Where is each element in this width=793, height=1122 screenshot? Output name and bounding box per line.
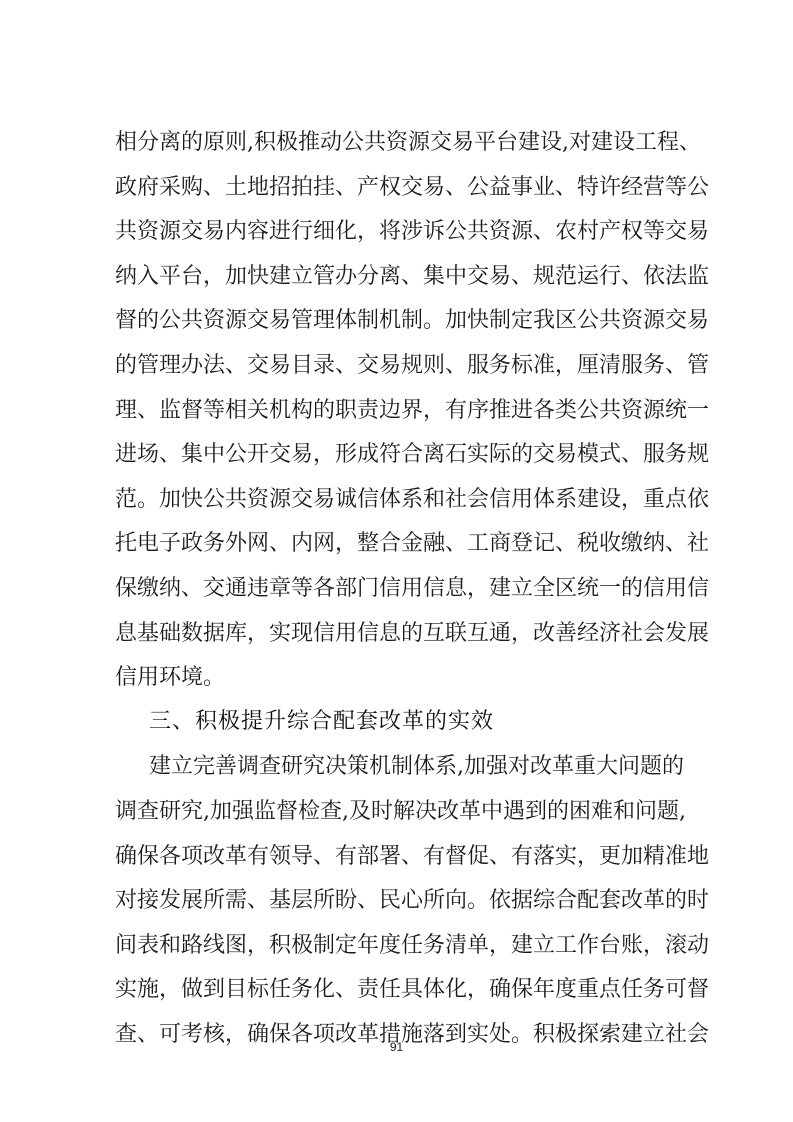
text-line: 的管理办法、交易目录、交易规则、服务标准，厘清服务、管 <box>115 351 681 381</box>
text-line: 建立完善调查研究决策机制体系,加强对改革重大问题的 <box>149 752 681 782</box>
page-number: 91 <box>0 1040 793 1054</box>
section-heading: 三、积极提升综合配套改革的实效 <box>149 706 494 738</box>
text-line: 保缴纳、交通违章等各部门信用信息，建立全区统一的信用信 <box>115 574 681 604</box>
text-line: 进场、集中公开交易，形成符合离石实际的交易模式、服务规 <box>115 440 681 470</box>
text-line: 对接发展所需、基层所盼、民心所向。依据综合配套改革的时 <box>115 886 681 916</box>
text-line: 理、监督等相关机构的职责边界，有序推进各类公共资源统一 <box>115 396 681 426</box>
text-line: 相分离的原则,积极推动公共资源交易平台建设,对建设工程、 <box>115 128 681 158</box>
text-line: 范。加快公共资源交易诚信体系和社会信用体系建设，重点依 <box>115 485 681 515</box>
text-line: 托电子政务外网、内网，整合金融、工商登记、税收缴纳、社 <box>115 529 681 559</box>
text-line: 政府采购、土地招拍挂、产权交易、公益事业、特许经营等公 <box>115 173 681 203</box>
text-line: 共资源交易内容进行细化，将涉诉公共资源、农村产权等交易 <box>115 217 681 247</box>
document-page: 相分离的原则,积极推动公共资源交易平台建设,对建设工程、 政府采购、土地招拍挂、… <box>0 0 793 1122</box>
text-line: 信用环境。 <box>115 663 681 693</box>
text-line: 调查研究,加强监督检查,及时解决改革中遇到的困难和问题, <box>115 797 681 827</box>
text-line: 纳入平台，加快建立管办分离、集中交易、规范运行、依法监 <box>115 262 681 292</box>
text-line: 督的公共资源交易管理体制机制。加快制定我区公共资源交易 <box>115 306 681 336</box>
text-line: 实施，做到目标任务化、责任具体化，确保年度重点任务可督 <box>115 975 681 1005</box>
text-line: 间表和路线图，积极制定年度任务清单，建立工作台账，滚动 <box>115 931 681 961</box>
text-line: 息基础数据库，实现信用信息的互联互通，改善经济社会发展 <box>115 619 681 649</box>
text-line: 确保各项改革有领导、有部署、有督促、有落实，更加精准地 <box>115 842 681 872</box>
